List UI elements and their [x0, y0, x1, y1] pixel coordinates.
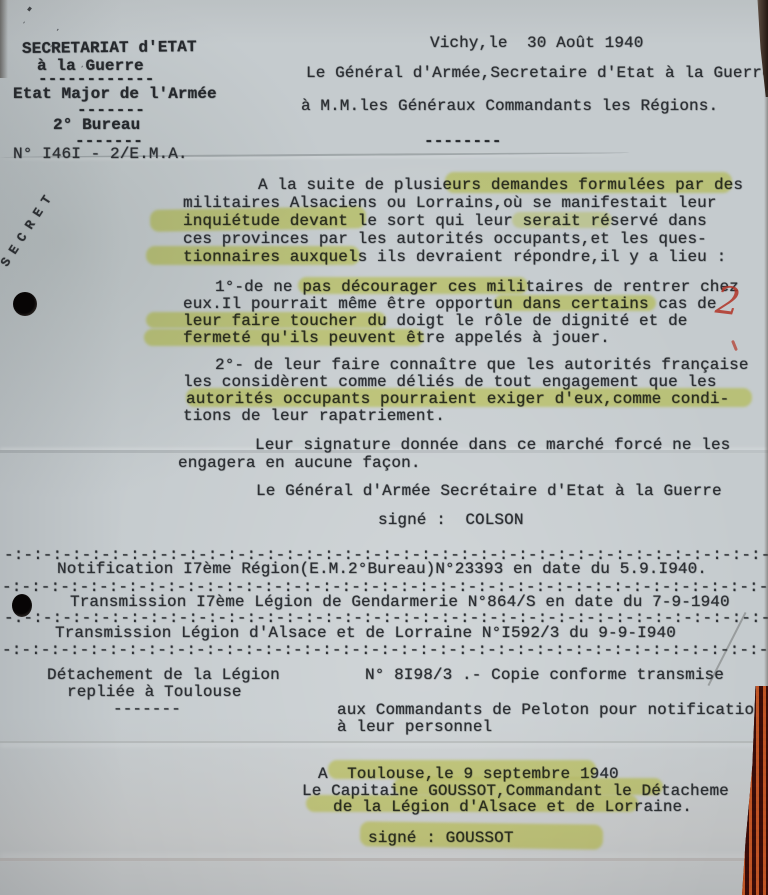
hole-punch-dot	[12, 594, 32, 617]
paper-edge-line	[764, 90, 768, 695]
copy-note-line: N° 8I98/3 .- Copie conforme transmise	[365, 668, 724, 683]
closing-line: de la Légion d'Alsace et de Lorraine.	[333, 800, 692, 815]
letterhead-org-line: SECRETARIAT d'ETAT	[22, 40, 197, 57]
body-line: 2°- de leur faire connaître que les auto…	[215, 358, 749, 373]
detachment-line: Détachement de la Légion	[47, 668, 280, 683]
hole-punch-dot	[13, 292, 37, 316]
body-line: militaires Alsaciens ou Lorrains,où se m…	[183, 196, 717, 211]
closing-line: Le Capitaine GOUSSOT,Commandant le Détac…	[302, 784, 729, 799]
letterhead-org-line: Etat Major de l'Armée	[13, 87, 217, 102]
body-line: autorités occupants pourraient exiger d'…	[186, 392, 729, 407]
body-line: fermeté qu'ils peuvent être appelés à jo…	[183, 331, 610, 346]
crease-line	[0, 858, 768, 861]
body-line: leur faire toucher du doigt le rôle de d…	[183, 314, 687, 329]
place-date: Vichy,le 30 Août 1940	[430, 36, 643, 51]
routing-line: Transmission Légion d'Alsace et de Lorra…	[55, 626, 676, 641]
routing-separator: -:-:-:-:-:-:-:-:-:-:-:-:-:-:-:-:-:-:-:-:…	[2, 643, 768, 658]
ink-specks	[27, 7, 32, 12]
letterhead-org-line: 2° Bureau	[53, 118, 140, 133]
body-line: tionnaires auxquels ils devraient répond…	[183, 250, 726, 265]
secret-stamp: SECRET	[0, 187, 59, 270]
body-line: les considèrent comme déliés de tout eng…	[183, 375, 717, 390]
copy-note-line: aux Commandants de Peloton pour notifica…	[337, 703, 764, 718]
red-margin-number: 2	[714, 281, 743, 322]
crease-line	[0, 741, 768, 743]
body-line: engagera en aucune façon.	[178, 456, 421, 471]
letterhead-reference: N° I46I - 2/E.M.A.	[13, 147, 188, 162]
detachment-line: repliée à Toulouse	[67, 685, 242, 700]
sender-line: Le Général d'Armée,Secretaire d'Etat à l…	[306, 66, 768, 81]
body-line: inquiétude devant le sort qui leur serai…	[183, 214, 707, 229]
routing-line: Notification I7ème Région(E.M.2°Bureau)N…	[57, 562, 707, 577]
left-edge-shadow	[0, 0, 8, 78]
body-line: Leur signature donnée dans ce marché for…	[255, 438, 730, 453]
red-margin-tick	[731, 340, 738, 351]
routing-line: Transmission I7ème Légion de Gendarmerie…	[70, 595, 730, 610]
body-line: tions de leur rapatriement.	[183, 409, 445, 424]
dateline-rule: --------	[424, 134, 502, 149]
copy-note-line: à leur personnel	[337, 720, 492, 735]
body-line: eux.Il pourrait même être opportun dans …	[183, 297, 717, 312]
detachment-rule: -------	[113, 702, 181, 717]
body-line: A la suite de plusieurs demandes formulé…	[258, 178, 743, 193]
signed-name: signé : GOUSSOT	[368, 831, 514, 846]
body-line: ces provinces par les autorités occupant…	[183, 232, 707, 247]
addressee-line: à M.M.les Généraux Commandants les Régio…	[301, 99, 718, 114]
photo-edge-top-right	[753, 0, 768, 97]
signatory-title: Le Général d'Armée Secrétaire d'Etat à l…	[256, 484, 722, 499]
signed-name: signé : COLSON	[378, 513, 524, 528]
closing-line: A Toulouse,le 9 septembre 1940	[318, 767, 619, 782]
body-line: 1°-de ne pas décourager ces militaires d…	[215, 280, 739, 295]
document-photo: SECRETARIAT d'ETAT à la Guerre ---------…	[0, 0, 768, 895]
